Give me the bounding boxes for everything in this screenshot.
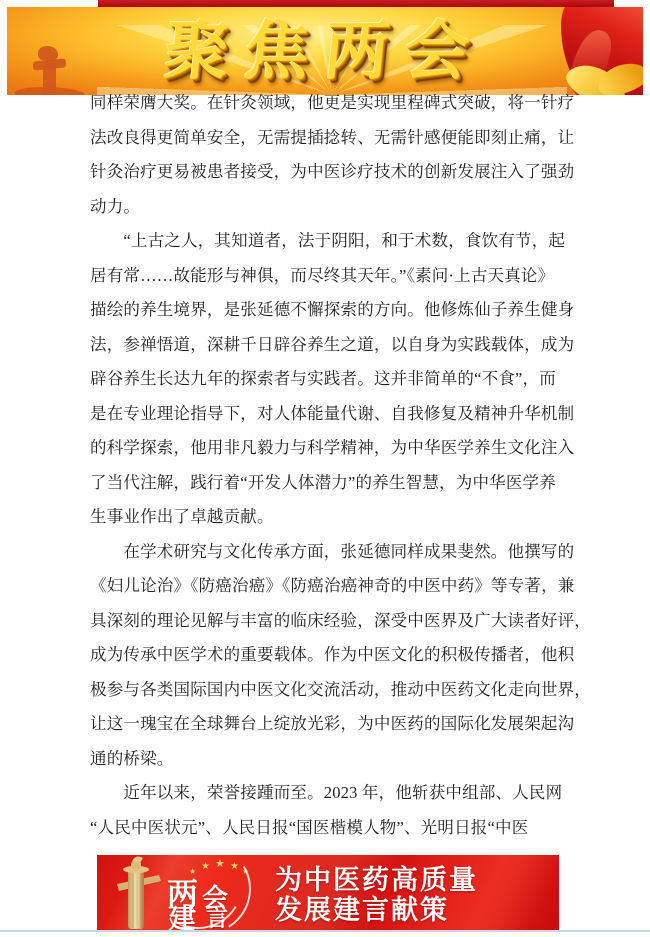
article-line: “人民中医状元”、人民日报“国医楷模人物”、光明日报“中医 xyxy=(90,811,572,846)
article-line: 是在专业理论指导下，对人体能量代谢、自我修复及精神升华机制 xyxy=(90,397,572,432)
article-line: 法，参禅悟道，深耕千日辟谷养生之道，以自身为实践载体，成为 xyxy=(90,328,572,363)
emblem-char-jian: 建 xyxy=(168,897,196,930)
article-line: 了当代注解，践行着“开发人体潜力”的养生智慧，为中华医学养 xyxy=(90,466,572,501)
article-body: 同样荣膺大奖。在针灸领域，他更是实现里程碑式突破，将一针疗 法改良得更简单安全，… xyxy=(90,86,572,845)
header-banner: 聚焦两会 xyxy=(7,7,643,95)
emblem-char-yan: 言 xyxy=(206,902,228,930)
banner-title: 聚焦两会 xyxy=(7,9,643,93)
article-line: 针灸治疗更易被患者接受，为中医诊疗技术的创新发展注入了强劲 xyxy=(90,155,572,190)
article-line: 辟谷养生长达九年的探索者与实践者。这并非简单的“不食”，而 xyxy=(90,362,572,397)
page-bottom-margin xyxy=(0,932,650,937)
article-line: 成为传承中医学术的重要载体。作为中医文化的积极传播者，他积 xyxy=(90,638,572,673)
article-line: 的科学探索，他用非凡毅力与科学精神，为中华医学养生文化注入 xyxy=(90,431,572,466)
article-line: 近年以来，荣誉接踵而至。2023 年，他斩获中组部、人民网 xyxy=(90,776,572,811)
article-line: 动力。 xyxy=(90,190,572,225)
article-line: 法改良得更简单安全，无需提插捻转、无需针感便能即刻止痛，让 xyxy=(90,121,572,156)
article-line: 在学术研究与文化传承方面，张延德同样成果斐然。他撰写的 xyxy=(90,535,572,570)
article-line: 具深刻的理论见解与丰富的临床经验，深受中医界及广大读者好评， xyxy=(90,604,572,639)
article-line: 通的桥梁。 xyxy=(90,742,572,777)
article-line: 极参与各类国际国内中医文化交流活动，推动中医药文化走向世界， xyxy=(90,673,572,708)
article-line: 《妇儿论治》《防癌治癌》《防癌治癌神奇的中医中药》等专著，兼 xyxy=(90,569,572,604)
top-red-strip xyxy=(98,0,614,7)
article-line: 让这一瑰宝在全球舞台上绽放光彩，为中医药的国际化发展架起沟 xyxy=(90,707,572,742)
article-line: “上古之人，其知道者，法于阴阳，和于术数，食饮有节，起 xyxy=(90,224,572,259)
footer-banner: ★ ★ ★ ★ ★ 两 会 建 言 为中医药高质量 发展建言献策 xyxy=(97,855,559,930)
article-line: 生事业作出了卓越贡献。 xyxy=(90,500,572,535)
article-line: 同样荣膺大奖。在针灸领域，他更是实现里程碑式突破，将一针疗 xyxy=(90,86,572,121)
footer-slogan: 为中医药高质量 发展建言献策 xyxy=(275,865,478,925)
footer-slogan-line1: 为中医药高质量 xyxy=(275,865,478,895)
article-line: 描绘的养生境界，是张延德不懈探索的方向。他修炼仙子养生健身 xyxy=(90,293,572,328)
article-line: 居有常……故能形与神俱，而尽终其天年。”《素问·上古天真论》 xyxy=(90,259,572,294)
article-page: 聚焦两会 同样荣膺大奖。在针灸领域，他更是实现里程碑式突破，将一针疗 法改良得更… xyxy=(0,0,650,937)
footer-slogan-line2: 发展建言献策 xyxy=(275,895,478,925)
